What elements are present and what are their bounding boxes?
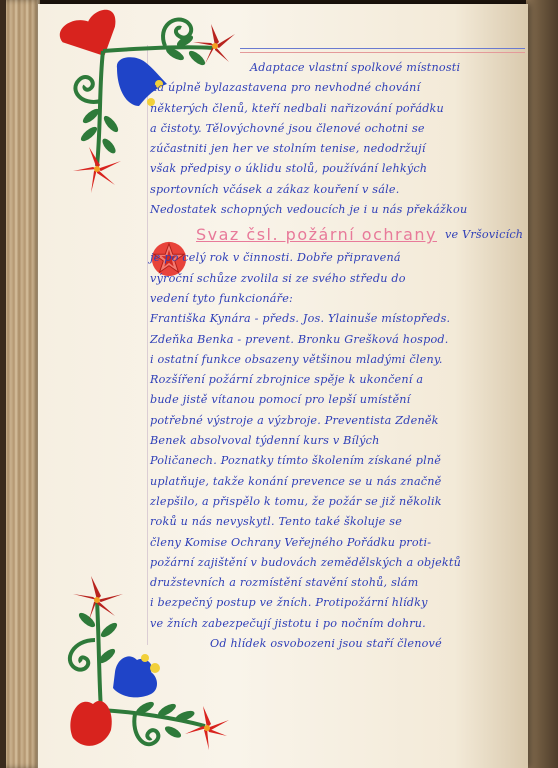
text-line: Františka Kynára - předs. Jos. Ylainuše …	[150, 309, 530, 329]
text-line: sportovních včásek a zákaz kouření v sál…	[150, 180, 530, 200]
text-line: Od hlídek osvobozeni jsou staří členové	[150, 634, 530, 654]
section-heading: Svaz čsl. požární ochrany ve Vršovicích	[150, 222, 530, 248]
text-line: bude jistě vítanou pomocí pro lepší umís…	[150, 390, 530, 410]
header-rule-red	[240, 52, 525, 53]
book-gutter	[526, 0, 558, 768]
text-line: zlepšilo, a přispělo k tomu, že požár se…	[150, 492, 530, 512]
text-line: Zdeňka Benka - prevent. Bronku Grešková …	[150, 330, 530, 350]
handwritten-text: Adaptace vlastní spolkové místnosti na ú…	[150, 58, 530, 654]
text-line: na úplně bylazastavena pro nevhodné chov…	[150, 78, 530, 98]
text-line: Adaptace vlastní spolkové místnosti	[150, 58, 530, 78]
text-line: Benek absolvoval týdenní kurs v Bílých	[150, 431, 530, 451]
text-line: uplatňuje, takže konání prevence se u ná…	[150, 472, 530, 492]
text-line: a čistoty. Tělovýchovné jsou členové och…	[150, 119, 530, 139]
text-line: je po celý rok v činnosti. Dobře připrav…	[150, 248, 530, 268]
book-page-stack-edge	[0, 0, 40, 768]
text-line: vedení tyto funkcionáře:	[150, 289, 530, 309]
text-line: i ostatní funkce obsazeny většinou mladý…	[150, 350, 530, 370]
text-line: potřebné výstroje a výzbroje. Preventist…	[150, 411, 530, 431]
text-line: některých členů, kteří nedbali nařizován…	[150, 99, 530, 119]
text-line: však předpisy o úklidu stolů, používání …	[150, 159, 530, 179]
text-line: ve žních zabezpečují jistotu i po nočním…	[150, 614, 530, 634]
header-rule-blue	[240, 48, 525, 49]
text-line: výroční schůze zvolila si ze svého střed…	[150, 269, 530, 289]
text-line: i bezpečný postup ve žních. Protipožární…	[150, 593, 530, 613]
text-line: roků u nás nevyskytl. Tento také školuje…	[150, 512, 530, 532]
text-line: požární zajištění v budovách zemědělskýc…	[150, 553, 530, 573]
text-line: členy Komise Ochrany Veřejného Pořádku p…	[150, 533, 530, 553]
text-line: Rozšíření požární zbrojnice spěje k ukon…	[150, 370, 530, 390]
text-line: Poličanech. Poznatky tímto školením získ…	[150, 451, 530, 471]
text-line: Nedostatek schopných vedoucích je i u ná…	[150, 200, 530, 220]
text-line: družstevních a rozmístění stavění stohů,…	[150, 573, 530, 593]
section-title-suffix: ve Vršovicích	[437, 225, 523, 245]
section-title: Svaz čsl. požární ochrany	[150, 225, 437, 245]
text-line: zúčastniti jen her ve stolním tenise, ne…	[150, 139, 530, 159]
